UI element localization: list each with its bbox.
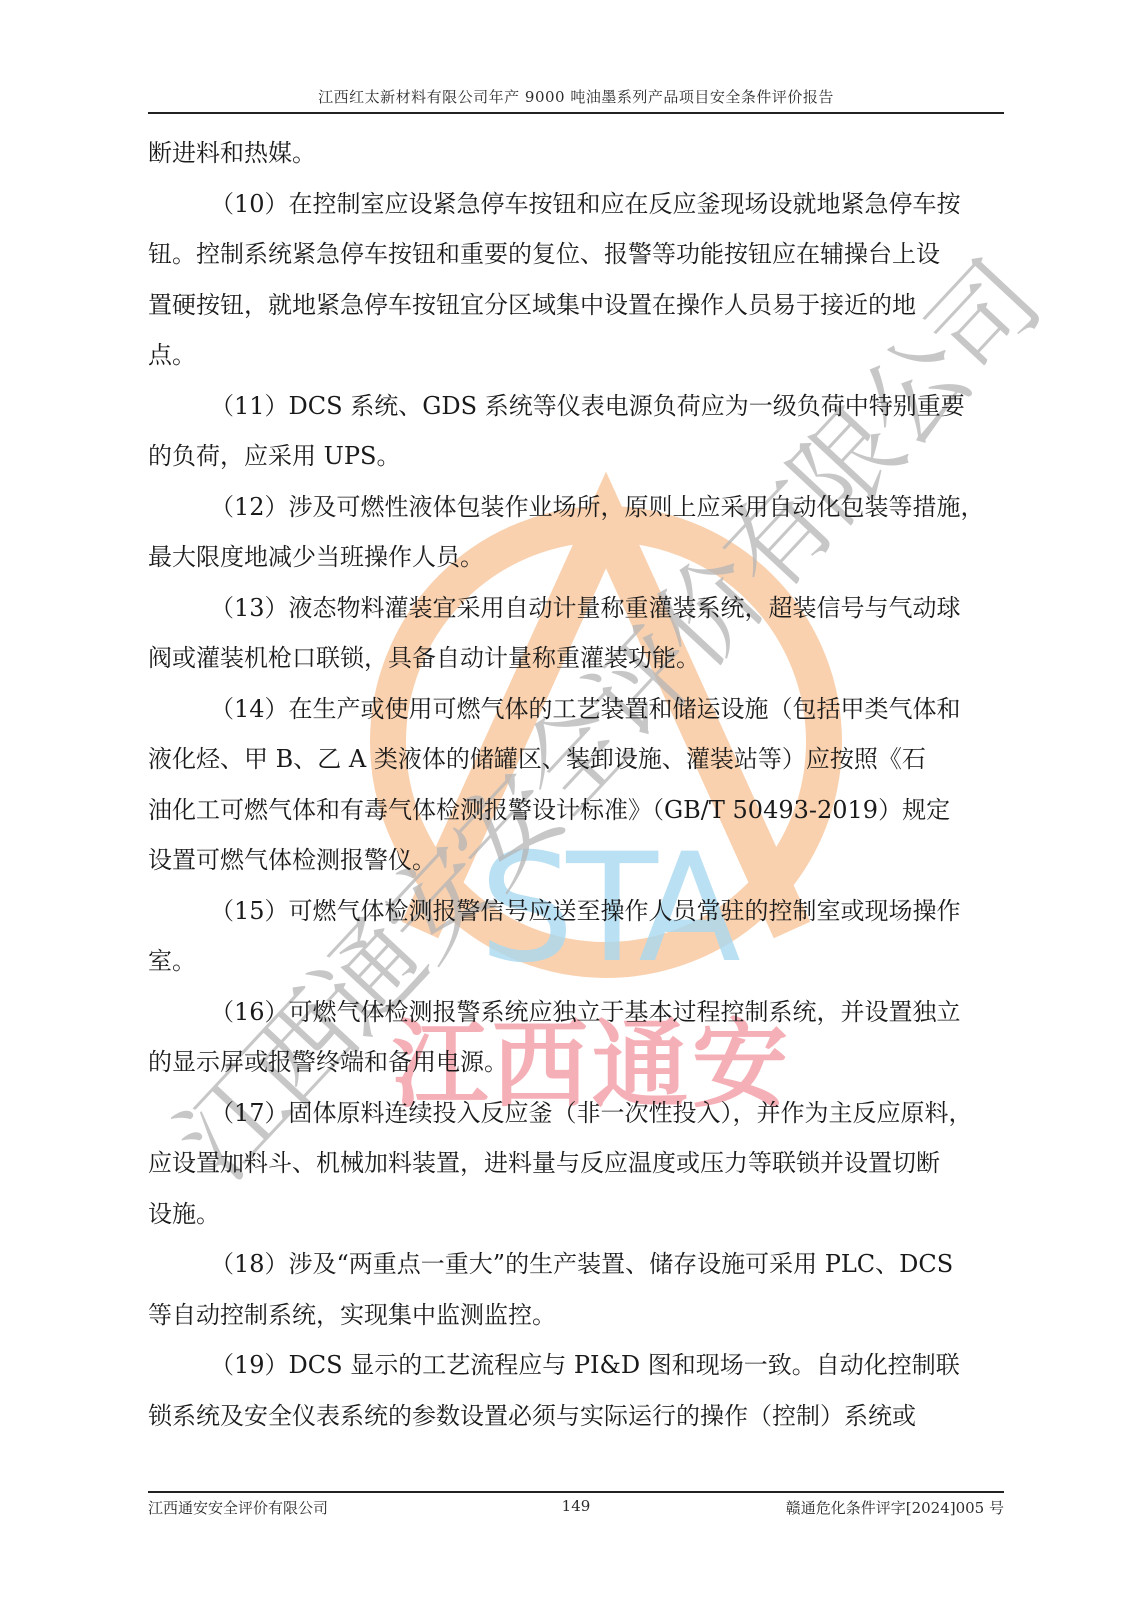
text-line: 的显示屏或报警终端和备用电源。 <box>148 1037 1004 1088</box>
text-line: 等自动控制系统，实现集中监测监控。 <box>148 1290 1004 1341</box>
page-footer: 江西通安安全评价有限公司 149 赣通危化条件评字[2024]005 号 <box>148 1497 1004 1517</box>
text-line: （11）DCS 系统、GDS 系统等仪表电源负荷应为一级负荷中特别重要 <box>148 381 1004 432</box>
text-line: 设置可燃气体检测报警仪。 <box>148 835 1004 886</box>
text-line: （12）涉及可燃性液体包装作业场所，原则上应采用自动化包装等措施， <box>148 482 1004 533</box>
text-line: （10）在控制室应设紧急停车按钮和应在反应釜现场设就地紧急停车按 <box>148 179 1004 230</box>
text-line: （13）液态物料灌装宜采用自动计量称重灌装系统，超装信号与气动球 <box>148 583 1004 634</box>
text-line: 断进料和热媒。 <box>148 128 1004 179</box>
text-line: 室。 <box>148 936 1004 987</box>
text-line: 阀或灌装机枪口联锁，具备自动计量称重灌装功能。 <box>148 633 1004 684</box>
text-line: （19）DCS 显示的工艺流程应与 PI&D 图和现场一致。自动化控制联 <box>148 1340 1004 1391</box>
text-line: 应设置加料斗、机械加料装置，进料量与反应温度或压力等联锁并设置切断 <box>148 1138 1004 1189</box>
text-line: （14）在生产或使用可燃气体的工艺装置和储运设施（包括甲类气体和 <box>148 684 1004 735</box>
text-line: （17）固体原料连续投入反应釜（非一次性投入），并作为主反应原料， <box>148 1088 1004 1139</box>
header-divider <box>148 112 1004 114</box>
page-header-title: 江西红太新材料有限公司年产 9000 吨油墨系列产品项目安全条件评价报告 <box>148 86 1004 107</box>
text-line: 点。 <box>148 330 1004 381</box>
text-line: 油化工可燃气体和有毒气体检测报警设计标准》（GB/T 50493-2019）规定 <box>148 785 1004 836</box>
text-line: （18）涉及“两重点一重大”的生产装置、储存设施可采用 PLC、DCS <box>148 1239 1004 1290</box>
text-line: （16）可燃气体检测报警系统应独立于基本过程控制系统，并设置独立 <box>148 987 1004 1038</box>
text-line: 的负荷，应采用 UPS。 <box>148 431 1004 482</box>
document-body: 断进料和热媒。（10）在控制室应设紧急停车按钮和应在反应釜现场设就地紧急停车按钮… <box>148 128 1004 1441</box>
footer-doc-number: 赣通危化条件评字[2024]005 号 <box>786 1497 1004 1518</box>
text-line: 锁系统及安全仪表系统的参数设置必须与实际运行的操作（控制）系统或 <box>148 1391 1004 1442</box>
text-line: 设施。 <box>148 1189 1004 1240</box>
text-line: （15）可燃气体检测报警信号应送至操作人员常驻的控制室或现场操作 <box>148 886 1004 937</box>
text-line: 最大限度地减少当班操作人员。 <box>148 532 1004 583</box>
text-line: 钮。控制系统紧急停车按钮和重要的复位、报警等功能按钮应在辅操台上设 <box>148 229 1004 280</box>
text-line: 液化烃、甲 B、乙 A 类液体的储罐区、装卸设施、灌装站等）应按照《石 <box>148 734 1004 785</box>
text-line: 置硬按钮，就地紧急停车按钮宜分区域集中设置在操作人员易于接近的地 <box>148 280 1004 331</box>
footer-divider <box>148 1491 1004 1493</box>
